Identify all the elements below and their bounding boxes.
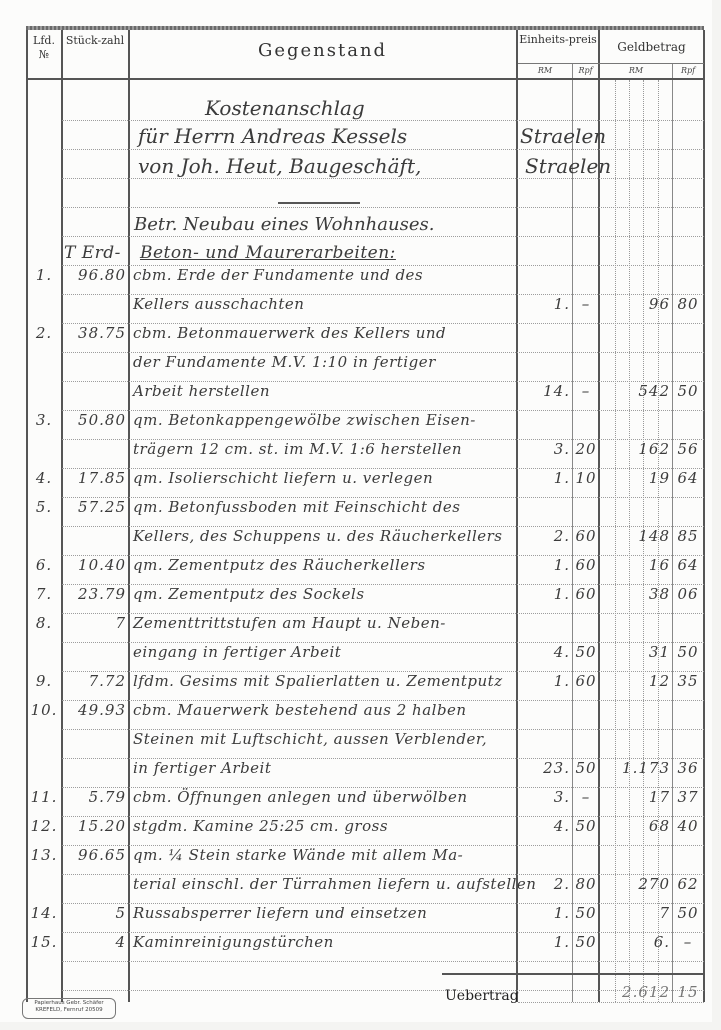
unit-price-rm: 1. (518, 933, 570, 951)
header-unit-price: Einheits-preis (518, 33, 598, 47)
item-number: 9. (28, 672, 60, 690)
rule-qty (128, 30, 130, 1002)
unit-price-rpf: 60 (574, 527, 598, 545)
item-description-line: eingang in fertiger Arbeit (133, 643, 341, 661)
amount-rm: 542 (600, 382, 670, 400)
unit-price-rm: 23. (518, 759, 570, 777)
item-number: 8. (28, 614, 60, 632)
item-number: 4. (28, 469, 60, 487)
unit-price-rpf: – (574, 788, 598, 806)
unit-price-rm: 3. (518, 788, 570, 806)
rule-price-rpf (572, 64, 573, 1002)
unit-price-rm: 2. (518, 527, 570, 545)
amount-rm: 17 (600, 788, 670, 806)
item-number: 7. (28, 585, 60, 603)
unit-rpf: Rpf (673, 66, 703, 75)
recipient-place: Straelen (520, 124, 606, 148)
subject-line: Betr. Neubau eines Wohnhauses. (134, 214, 434, 235)
amount-rpf: 64 (674, 556, 702, 574)
header-item: Gegenstand (129, 40, 516, 61)
unit-price-rm: 4. (518, 817, 570, 835)
item-description-line: stgdm. Kamine 25:25 cm. gross (133, 817, 388, 835)
doc-heading: Kostenanschlag (205, 96, 365, 120)
carry-line (518, 1002, 704, 1003)
ruled-line (62, 961, 704, 962)
item-description-line: qm. ¼ Stein starke Wände mit allem Ma- (133, 846, 463, 864)
unit-price-rpf: 50 (574, 759, 598, 777)
unit-price-rm: 4. (518, 643, 570, 661)
item-description-line: cbm. Mauerwerk bestehend aus 2 halben (133, 701, 467, 719)
amount-rm: 38 (600, 585, 670, 603)
item-quantity: 57.25 (63, 498, 126, 516)
amount-rpf: 56 (674, 440, 702, 458)
stamp-line-2: KREFELD, Fernruf 20509 (23, 1007, 115, 1014)
rule-right (703, 30, 705, 1002)
header-no: Lfd. № (27, 34, 61, 62)
ruled-line (62, 236, 704, 237)
item-number: 5. (28, 498, 60, 516)
item-description-line: cbm. Betonmauerwerk des Kellers und (133, 324, 446, 342)
amount-rm: 96 (600, 295, 670, 313)
item-quantity: 49.93 (63, 701, 126, 719)
unit-price-rpf: 50 (574, 643, 598, 661)
rule-amount-rpf (672, 64, 673, 1002)
printer-stamp: Papierhaus Gebr. Schäfer KREFELD, Fernru… (22, 998, 116, 1019)
unit-price-rpf: 50 (574, 904, 598, 922)
amount-rpf: 62 (674, 875, 702, 893)
amount-rpf: 50 (674, 643, 702, 661)
unit-price-rm: 1. (518, 295, 570, 313)
item-description-line: Arbeit herstellen (133, 382, 270, 400)
ruled-line (62, 178, 704, 179)
amount-rm: 148 (600, 527, 670, 545)
item-description-line: trägern 12 cm. st. im M.V. 1:6 herstelle… (133, 440, 462, 458)
item-quantity: 7 (63, 614, 126, 632)
item-description-line: Russabsperrer liefern und einsetzen (133, 904, 427, 922)
item-description-line: in fertiger Arbeit (133, 759, 271, 777)
unit-price-rm: 1. (518, 469, 570, 487)
item-number: 10. (28, 701, 60, 719)
item-description-line: der Fundamente M.V. 1:10 in fertiger (133, 353, 436, 371)
header-bottom-rule (26, 78, 705, 80)
item-description-line: cbm. Erde der Fundamente und des (133, 266, 423, 284)
amount-rm: 6. (600, 933, 670, 951)
carry-rpf: 15 (674, 983, 702, 1001)
unit-price-rpf: 60 (574, 585, 598, 603)
item-description-line: qm. Isolierschicht liefern u. verlegen (133, 469, 433, 487)
section-prefix: T Erd- (64, 243, 121, 263)
unit-price-rm: 14. (518, 382, 570, 400)
item-number: 11. (28, 788, 60, 806)
item-number: 3. (28, 411, 60, 429)
item-number: 13. (28, 846, 60, 864)
unit-price-rm: 3. (518, 440, 570, 458)
item-description-line: Kellers, des Schuppens u. des Räucherkel… (133, 527, 503, 545)
unit-price-rpf: 10 (574, 469, 598, 487)
item-quantity: 96.65 (63, 846, 126, 864)
amount-rpf: 50 (674, 382, 702, 400)
rule-item (516, 30, 518, 1002)
subtotal-rule (442, 973, 704, 975)
item-quantity: 50.80 (63, 411, 126, 429)
item-quantity: 5 (63, 904, 126, 922)
item-description-line: cbm. Öffnungen anlegen und überwölben (133, 788, 468, 806)
unit-rm: RM (600, 66, 672, 75)
item-description-line: qm. Betonfussboden mit Feinschicht des (133, 498, 460, 516)
item-quantity: 10.40 (63, 556, 126, 574)
item-number: 12. (28, 817, 60, 835)
amount-rpf: 35 (674, 672, 702, 690)
form-sheet: Lfd. № Stück-zahl Gegenstand Einheits-pr… (0, 0, 712, 1022)
section-title: Beton- und Maurerarbeiten: (140, 243, 396, 263)
unit-price-rpf: 20 (574, 440, 598, 458)
amount-rm: 7 (600, 904, 670, 922)
sender-line: von Joh. Heut, Baugeschäft, (138, 154, 421, 178)
unit-price-rm: 1. (518, 904, 570, 922)
unit-rm: RM (518, 66, 572, 75)
unit-price-rm: 2. (518, 875, 570, 893)
item-description-line: qm. Betonkappengewölbe zwischen Eisen- (133, 411, 476, 429)
amount-rm: 1.173 (600, 759, 670, 777)
unit-price-rm: 1. (518, 585, 570, 603)
item-quantity: 38.75 (63, 324, 126, 342)
amount-rm: 31 (600, 643, 670, 661)
unit-price-rpf: 50 (574, 817, 598, 835)
amount-rpf: 80 (674, 295, 702, 313)
item-quantity: 15.20 (63, 817, 126, 835)
carry-forward-label: Uebertrag (445, 988, 519, 1004)
item-number: 14. (28, 904, 60, 922)
ruled-line (62, 149, 704, 150)
item-description-line: Zementtrittstufen am Haupt u. Neben- (133, 614, 446, 632)
amount-rm: 68 (600, 817, 670, 835)
amount-rpf: 36 (674, 759, 702, 777)
amount-rm: 16 (600, 556, 670, 574)
amount-rpf: 37 (674, 788, 702, 806)
item-description-line: qm. Zementputz des Sockels (133, 585, 365, 603)
item-number: 15. (28, 933, 60, 951)
unit-price-rpf: 60 (574, 556, 598, 574)
item-quantity: 5.79 (63, 788, 126, 806)
item-description-line: Kaminreinigungstürchen (133, 933, 334, 951)
item-quantity: 7.72 (63, 672, 126, 690)
item-quantity: 17.85 (63, 469, 126, 487)
amount-rpf: 40 (674, 817, 702, 835)
amount-rm: 162 (600, 440, 670, 458)
item-description-line: Steinen mit Luftschicht, aussen Verblend… (133, 730, 487, 748)
ruled-line (62, 207, 704, 208)
sender-place: Straelen (525, 154, 611, 178)
unit-price-rpf: – (574, 295, 598, 313)
stamp-line-1: Papierhaus Gebr. Schäfer (23, 1000, 115, 1007)
item-description-line: terial einschl. der Türrahmen liefern u.… (133, 875, 536, 893)
item-description-line: Kellers ausschachten (133, 295, 304, 313)
item-quantity: 23.79 (63, 585, 126, 603)
item-quantity: 4 (63, 933, 126, 951)
amount-rm: 19 (600, 469, 670, 487)
header-amount: Geldbetrag (600, 40, 703, 54)
title-underline (278, 202, 360, 204)
item-number: 2. (28, 324, 60, 342)
item-number: 6. (28, 556, 60, 574)
item-number: 1. (28, 266, 60, 284)
carry-rm: 2.612 (600, 983, 670, 1001)
item-description-line: qm. Zementputz des Räucherkellers (133, 556, 426, 574)
amount-rpf: 64 (674, 469, 702, 487)
header-qty: Stück-zahl (62, 34, 128, 48)
recipient-line: für Herrn Andreas Kessels (138, 124, 407, 148)
unit-price-rpf: 50 (574, 933, 598, 951)
item-quantity: 96.80 (63, 266, 126, 284)
amount-rpf: 06 (674, 585, 702, 603)
unit-price-rpf: 60 (574, 672, 598, 690)
amount-rpf: – (674, 933, 702, 951)
unit-price-rpf: 80 (574, 875, 598, 893)
amount-rm: 270 (600, 875, 670, 893)
amount-rpf: 85 (674, 527, 702, 545)
amount-rm: 12 (600, 672, 670, 690)
unit-price-rm: 1. (518, 672, 570, 690)
item-description-line: lfdm. Gesims mit Spalierlatten u. Zement… (133, 672, 503, 690)
header-divider (518, 63, 704, 64)
amount-rpf: 50 (674, 904, 702, 922)
unit-price-rm: 1. (518, 556, 570, 574)
ruled-line (62, 120, 704, 121)
unit-price-rpf: – (574, 382, 598, 400)
unit-rpf: Rpf (573, 66, 598, 75)
